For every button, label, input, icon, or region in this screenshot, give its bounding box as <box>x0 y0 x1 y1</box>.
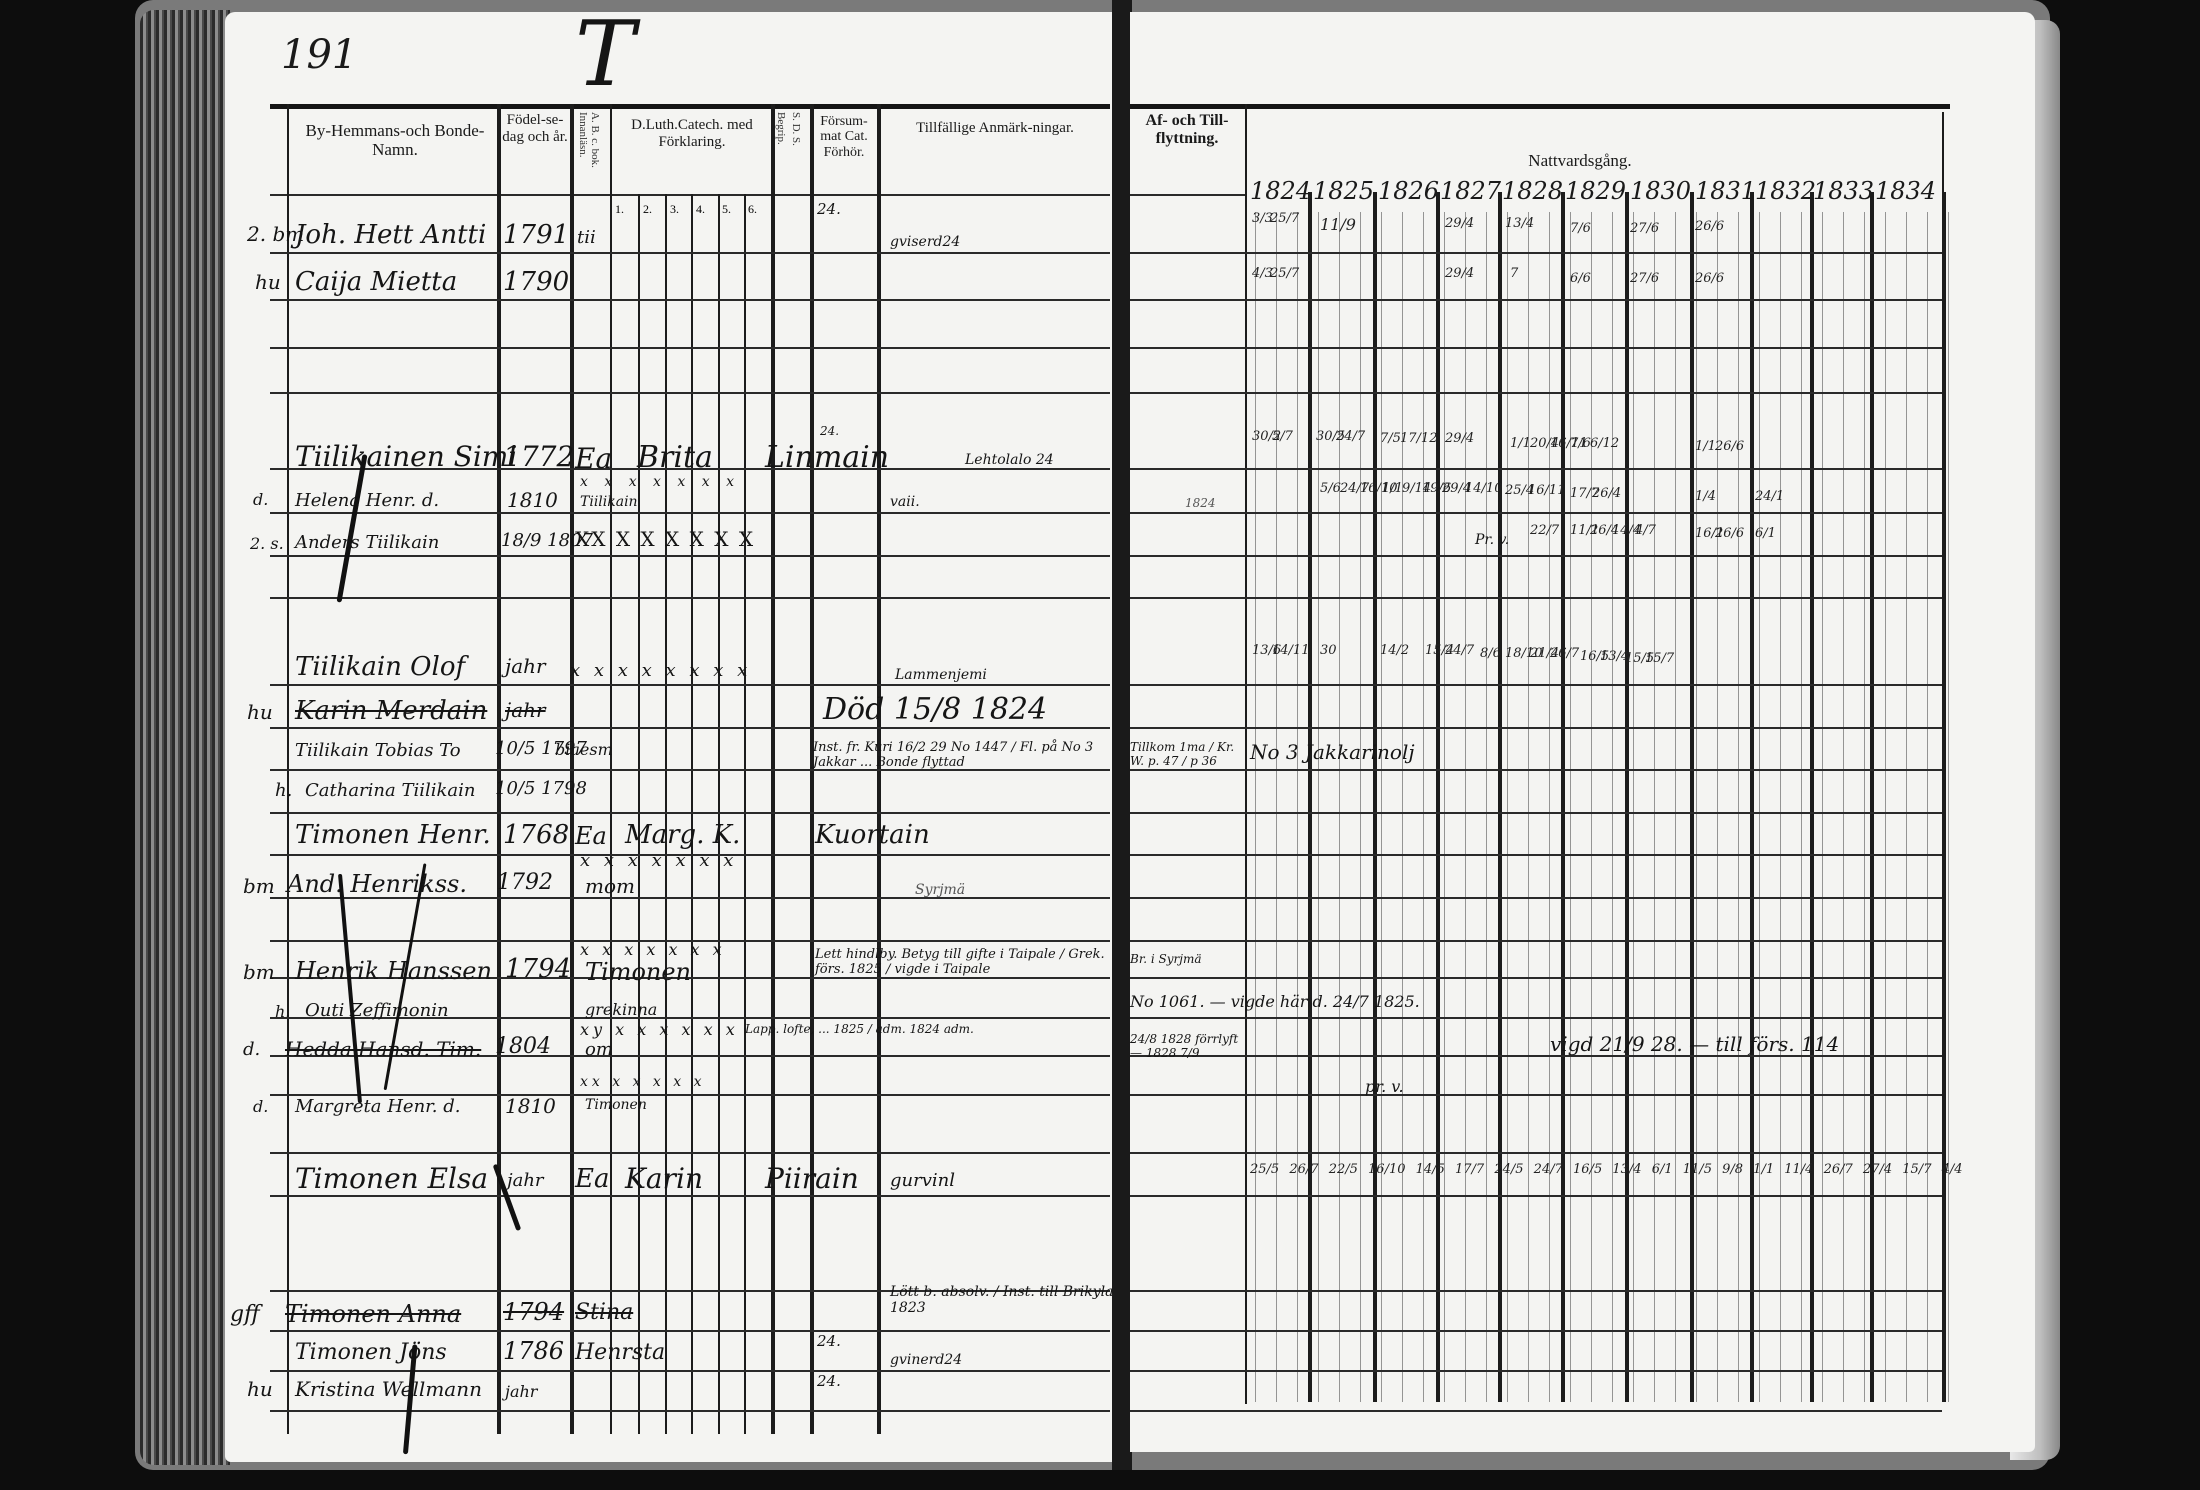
entry-marks: x x x x x x x <box>580 940 726 959</box>
communion-mark: 29/4 <box>1445 432 1474 445</box>
moving-note: 24/8 1828 förrlyft — 1828 7/9 <box>1130 1032 1240 1060</box>
entry-prefix: h. <box>275 780 292 801</box>
entry-prefix: d. <box>243 1039 260 1060</box>
communion-mark: 26/6 <box>1695 272 1724 285</box>
communion-mark: 26/7 <box>1550 647 1579 660</box>
year-1828: 1828 <box>1502 177 1563 205</box>
moving-note: 1824 <box>1185 496 1216 510</box>
communion-note: pr. v. <box>1365 1077 1404 1096</box>
communion-mark: 24/7 <box>1336 430 1365 443</box>
entry-remark: gurvinl <box>890 1170 955 1191</box>
entry-remark-name: Linmain <box>765 440 889 475</box>
entry-prefix: d. <box>253 1097 268 1116</box>
cat-col-1: 1. <box>615 202 624 217</box>
row-rule <box>270 512 1110 514</box>
row-rule <box>270 299 1110 301</box>
entry-remark: Lehtolalo 24 <box>965 452 1054 468</box>
entry-marks: x x x x x x x <box>580 474 740 490</box>
cat-col-6: 6. <box>748 202 757 217</box>
header-moving: Af- och Till-flyttning. <box>1132 112 1242 147</box>
year-1830: 1830 <box>1630 177 1691 205</box>
moving-note: Tillkom 1ma / Kr. W. p. 47 / p 36 <box>1130 740 1240 768</box>
communion-mark: 7 <box>1510 267 1518 280</box>
year-1831: 1831 <box>1695 177 1756 205</box>
entry-marks: XX X X X X X X <box>575 527 755 551</box>
entry-catechism: Brita <box>637 440 713 475</box>
communion-mark: 16/11 <box>1528 484 1565 497</box>
section-letter: T <box>575 2 635 107</box>
entry-name: Timonen Henr. <box>295 820 491 850</box>
header-name: By-Hemmans-och Bonde-Namn. <box>295 122 495 159</box>
communion-mark: 29/4 <box>1445 267 1474 280</box>
year-1834: 1834 <box>1875 177 1936 205</box>
strike-mark <box>336 454 367 603</box>
cat-col-2: 2. <box>643 202 652 217</box>
communion-mark: 22/7 <box>1530 524 1559 537</box>
entry-name: Anders Tiilikain <box>295 532 439 553</box>
header-begrip: Begrip. <box>775 112 787 172</box>
communion-mark: 6/6 <box>1570 272 1591 285</box>
entry-birth: 1768 <box>503 820 569 850</box>
strike-mark <box>338 874 362 1103</box>
left-page: 191 T By-Hemmans-och Bonde-Namn. Födel-s… <box>225 12 1115 1462</box>
communion-mark: 26/6 <box>1715 527 1744 540</box>
entry-abc: Tiilikain <box>580 494 638 510</box>
year-1833: 1833 <box>1813 177 1874 205</box>
entry-birth: jahr <box>505 698 546 722</box>
page-edges-left <box>140 10 230 1465</box>
cat-col-3: 3. <box>670 202 679 217</box>
communion-mark: 5/6 <box>1320 482 1341 495</box>
entry-marks: x x x x x x x x <box>570 660 751 681</box>
entry-name: Hedda Hansd. Tim. <box>285 1037 481 1061</box>
entry-remark: Lött b. absolv. / Inst. till Brikyla 182… <box>890 1284 1120 1316</box>
entry-prefix: bm <box>243 874 275 898</box>
entry-abc: tii <box>577 227 596 248</box>
communion-mark: 15/7 <box>1645 652 1674 665</box>
communion-mark: 14/11 <box>1272 644 1309 657</box>
entry-prefix: bm <box>243 960 275 984</box>
col-line <box>1942 112 1944 202</box>
entry-forsummat: 24. <box>817 200 841 218</box>
communion-row-elsa: 25/5 26/7 22/5 16/10 14/5 17/7 24/5 24/7… <box>1250 1162 1963 1177</box>
entry-name: Tiilikainen Simi <box>295 440 517 473</box>
entry-birth: jahr <box>507 1170 544 1191</box>
entry-name: Caija Mietta <box>295 267 457 297</box>
communion-mark: 26/6 <box>1715 440 1744 453</box>
communion-mark: 7/6 <box>1570 437 1591 450</box>
row-rule <box>270 1370 1110 1372</box>
entry-remark: Lett hindlby. Betyg till gifte i Taipale… <box>815 947 1115 977</box>
entry-abc: Stina <box>575 1300 633 1325</box>
entry-catechism: Karin <box>625 1162 703 1195</box>
entry-name: Timonen Elsa <box>295 1162 488 1195</box>
communion-mark: 17/12 <box>1400 432 1437 445</box>
header-bottom-rule <box>1130 194 1245 196</box>
header-remarks: Tillfällige Anmärk-ningar. <box>885 120 1105 137</box>
communion-mark: 8/6 <box>1480 647 1501 660</box>
communion-mark: 27/6 <box>1630 222 1659 235</box>
row-rule <box>270 1195 1110 1197</box>
entry-marks: xx x x x x x <box>580 1074 706 1090</box>
row-rule <box>270 597 1110 599</box>
communion-mark: 5/7 <box>1272 430 1293 443</box>
col-line <box>691 194 693 1434</box>
communion-mark: 1/1 <box>1382 482 1403 495</box>
entry-forsummat: 24. <box>820 424 839 438</box>
header-catechism: D.Luth.Catech. med Förklaring. <box>613 117 771 150</box>
entry-prefix: h. <box>275 1002 290 1021</box>
entry-abc: biaesm <box>555 740 613 759</box>
communion-mark: 6/12 <box>1590 437 1619 450</box>
entry-birth: 10/5 1798 <box>495 778 587 799</box>
entry-abc: Timonen <box>585 958 691 986</box>
entry-remark: Syrjmä <box>915 882 965 898</box>
entry-abc: mom <box>585 874 635 898</box>
communion-mark: 25/7 <box>1270 212 1299 225</box>
entry-remark: gvinerd24 <box>890 1352 962 1368</box>
entry-birth: 1772 <box>503 440 574 473</box>
year-1832: 1832 <box>1755 177 1816 205</box>
entry-remark: gviserd24 <box>890 234 960 250</box>
entry-prefix: hu <box>247 1377 273 1401</box>
entry-forsummat: 24. <box>817 1332 841 1350</box>
header-birth: Födel-se-dag och år. <box>501 112 569 145</box>
row-rule <box>270 347 1110 349</box>
entry-remark-top: Lammenjemi <box>895 667 987 683</box>
row-rule <box>270 684 1110 686</box>
communion-mark: 7/5 <box>1380 432 1401 445</box>
entry-name: Outi Zeffimonin <box>305 1000 449 1021</box>
year-1829: 1829 <box>1565 177 1626 205</box>
entry-birth: jahr <box>505 1382 537 1401</box>
entry-name: Timonen Jöns <box>295 1340 447 1365</box>
communion-mark: 26/4 <box>1592 487 1621 500</box>
entry-birth: 1792 <box>497 870 553 895</box>
entry-catechism: Marg. K. <box>625 820 740 850</box>
row-rule <box>270 812 1110 814</box>
entry-name: Henrik Hanssen <box>295 957 492 985</box>
entry-prefix: hu <box>247 700 273 724</box>
communion-mark: 14/10 <box>1465 482 1502 495</box>
row-rule <box>270 392 1110 394</box>
entry-name: Margreta Henr. d. <box>295 1096 461 1117</box>
communion-mark: 7/6 <box>1570 222 1591 235</box>
communion-mark: 25/7 <box>1270 267 1299 280</box>
communion-mark: 1/4 <box>1695 490 1716 503</box>
communion-mark: 1/1 <box>1695 440 1716 453</box>
communion-mark: 26/6 <box>1695 220 1724 233</box>
communion-mark: Pr. v. <box>1475 532 1509 548</box>
communion-note: vigd 21/9 28. — till förs. 114 <box>1550 1032 1839 1056</box>
header-bottom-rule <box>270 194 1110 196</box>
communion-note: No 3 Jakkarinolj <box>1250 740 1415 764</box>
entry-name: Tiilikain Tobias To <box>295 740 461 761</box>
entry-abc: Ea <box>575 442 612 475</box>
entry-abc: om <box>585 1039 613 1060</box>
col-line <box>638 194 640 1434</box>
row-rule <box>270 555 1110 557</box>
entry-name: And. Henrikss. <box>287 870 467 898</box>
header-forsummat: Försum-mat Cat. Förhör. <box>813 114 875 160</box>
entry-prefix: 2. s. <box>250 534 284 553</box>
entry-birth: 1786 <box>503 1337 564 1365</box>
header-communion: Nattvardsgång. <box>1430 152 1730 171</box>
entry-remark-name: Piirain <box>765 1162 859 1195</box>
entry-birth: 1810 <box>505 1094 556 1118</box>
row-rule <box>270 1330 1110 1332</box>
right-page: Af- och Till-flyttning. Nattvardsgång. 1… <box>1130 12 2035 1452</box>
row-rule <box>270 1152 1110 1154</box>
entry-name: Karin Merdain <box>295 696 487 726</box>
communion-mark: 13/4 <box>1505 217 1534 230</box>
communion-mark: 24/1 <box>1755 490 1784 503</box>
header-top-rule <box>1130 104 1950 109</box>
entry-name: Catharina Tiilikain <box>305 780 476 801</box>
entry-abc: grekinna <box>585 1000 657 1019</box>
communion-mark: 4/7 <box>1635 524 1656 537</box>
entry-forsummat: 24. <box>817 1372 841 1390</box>
year-1827: 1827 <box>1440 177 1501 205</box>
cat-col-5: 5. <box>722 202 731 217</box>
col-line <box>665 194 667 1434</box>
entry-prefix: gff <box>230 1302 260 1327</box>
entry-marks: xy x x x x x x <box>580 1020 739 1039</box>
entry-prefix: d. <box>253 490 268 509</box>
header-top-rule <box>270 104 1110 109</box>
cat-col-4: 4. <box>696 202 705 217</box>
year-1825: 1825 <box>1313 177 1374 205</box>
moving-note: No 1061. — vigde här d. 24/7 1825. <box>1130 992 1420 1011</box>
page-number: 191 <box>281 32 357 78</box>
entry-birth: jahr <box>505 654 546 678</box>
entry-birth: 1790 <box>503 267 569 297</box>
entry-remark: vaii. <box>890 494 920 510</box>
row-rule <box>270 252 1110 254</box>
entry-abc: Timonen <box>585 1097 647 1113</box>
header-sds: S. D. S. <box>790 112 802 152</box>
communion-mark: 11/9 <box>1320 217 1356 233</box>
entry-birth: 1794 <box>505 954 571 984</box>
communion-mark: 30 <box>1320 644 1337 657</box>
entry-birth: 1791 <box>503 220 569 250</box>
communion-mark: 1/1 <box>1510 437 1531 450</box>
entry-name: Joh. Hett Antti <box>295 220 486 250</box>
entry-name: Tiilikain Olof <box>295 652 465 682</box>
entry-name: Helena Henr. d. <box>295 490 439 511</box>
year-1826: 1826 <box>1378 177 1439 205</box>
entry-birth: 1794 <box>503 1298 564 1326</box>
communion-mark: 29/4 <box>1445 217 1474 230</box>
entry-abc: Henrsta <box>575 1340 665 1365</box>
entry-remark: Död 15/8 1824 <box>823 692 1047 727</box>
entry-abc: Ea <box>575 822 607 850</box>
entry-remark: Lapp. lofte, ... 1825 / adm. 1824 adm. <box>745 1022 1105 1036</box>
entry-remark: Inst. fr. Kuri 16/2 29 No 1447 / Fl. på … <box>813 740 1113 770</box>
entry-name: Kristina Wellmann <box>295 1377 482 1401</box>
communion-mark: 27/6 <box>1630 272 1659 285</box>
entry-birth: 1804 <box>495 1034 551 1059</box>
sub-col-lines <box>1130 212 1950 1402</box>
communion-mark: 6/1 <box>1755 527 1776 540</box>
entry-abc: Ea <box>575 1164 609 1194</box>
row-rule <box>270 1410 1110 1412</box>
col-line <box>744 194 746 1434</box>
entry-marks: x x x x x x x <box>580 850 737 871</box>
row-rule <box>270 727 1110 729</box>
communion-mark: 14/2 <box>1380 644 1409 657</box>
year-1824: 1824 <box>1250 177 1311 205</box>
col-line <box>718 194 720 1434</box>
entry-prefix: hu <box>255 270 281 294</box>
book-gutter <box>1112 0 1132 1470</box>
moving-note: Br. i Syrjmä <box>1130 952 1202 966</box>
entry-name: Timonen Anna <box>285 1300 461 1328</box>
communion-mark: 24/7 <box>1445 644 1474 657</box>
entry-birth: 1810 <box>507 488 558 512</box>
header-abc: A. B. c. bok. Innanläsn. <box>577 112 601 192</box>
entry-remark-name: Kuortain <box>815 820 930 850</box>
